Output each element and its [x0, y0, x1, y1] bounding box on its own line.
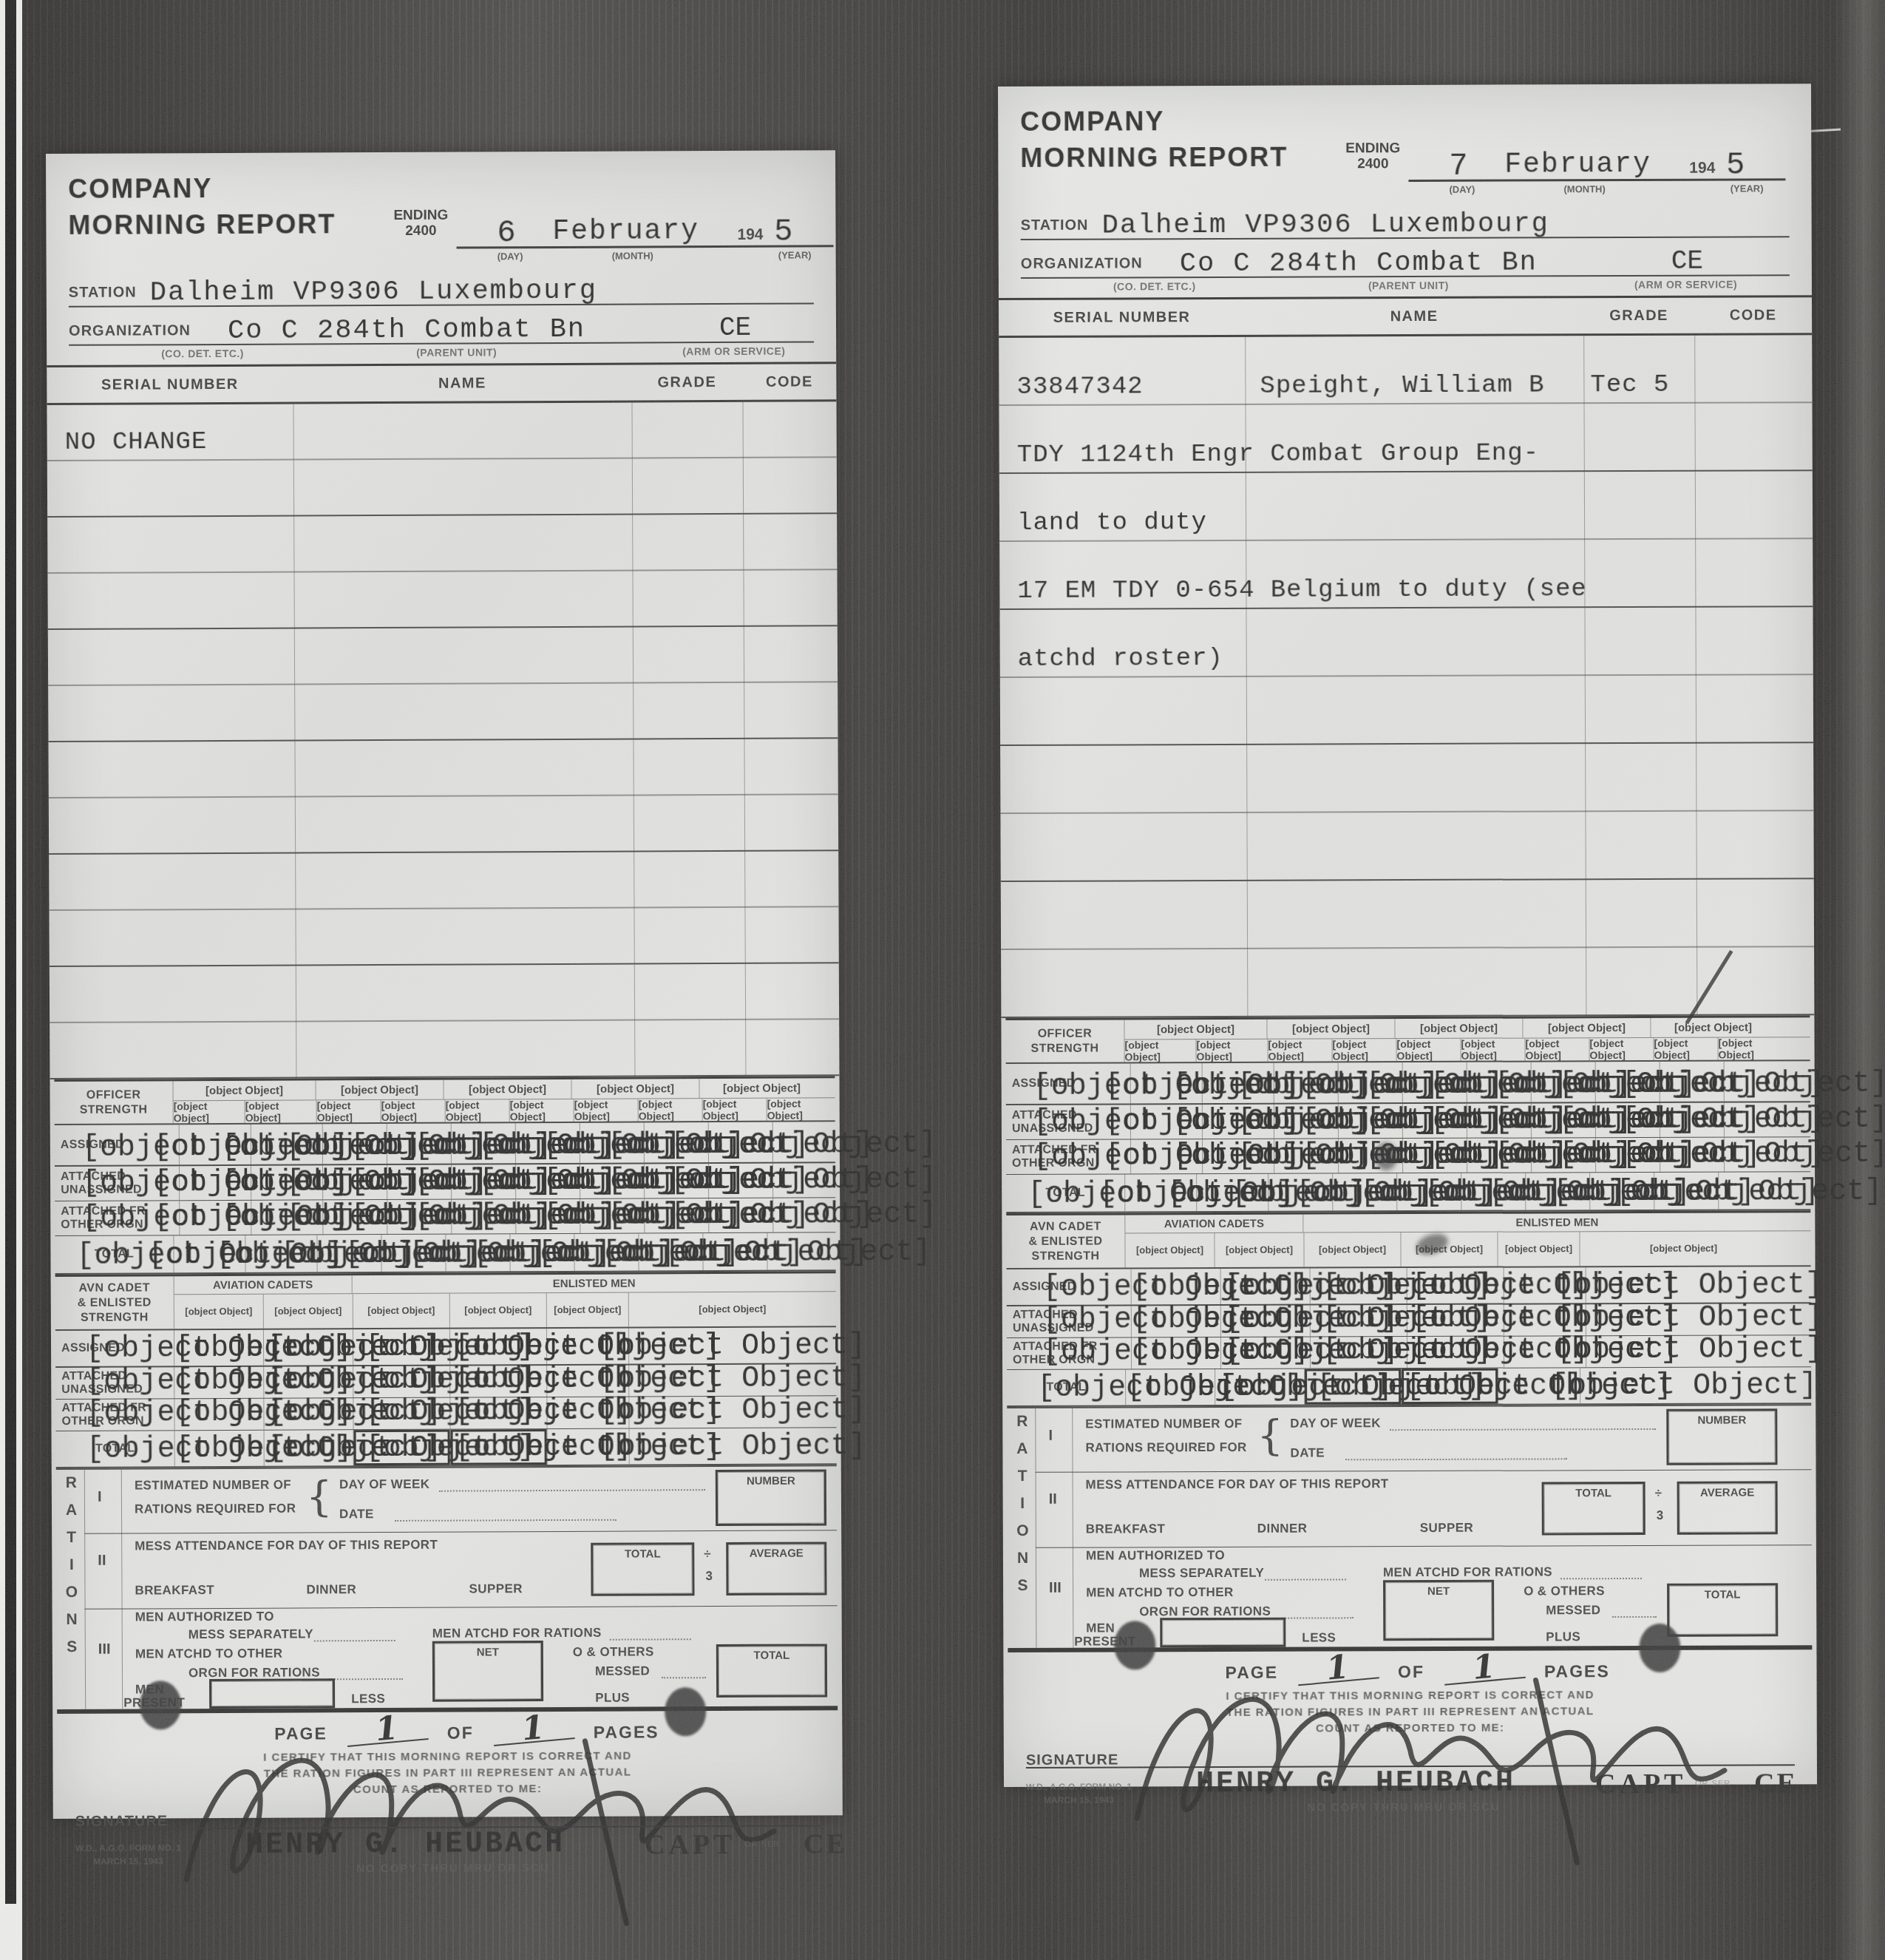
rations-row-2: II MESS ATTENDANCE FOR DAY OF THIS REPOR… [84, 1530, 837, 1609]
officer-table-rows: ASSIGNED [object Object][object Object][… [1006, 1061, 1811, 1213]
pres-abst-header: [object Object] [767, 1098, 828, 1120]
roster-grade-cell: Tec 5 [1590, 371, 1669, 399]
month-sublabel: (MONTH) [612, 250, 653, 261]
organization-sublabels: (CO. DET. ETC.) (PARENT UNIT) (ARM OR SE… [1021, 276, 1790, 296]
punch-hole-right [665, 1687, 706, 1736]
rank-group-header: [object Object] [443, 1079, 571, 1099]
officer-table-row: TOTAL [object Object][object Object][obj… [1006, 1172, 1810, 1213]
enlisted-table-row: ATTACHED FR OTHER ORGN [object Object][o… [1007, 1335, 1811, 1370]
roster-row [47, 570, 837, 630]
certification-statement: I CERTIFY THAT THIS MORNING REPORT IS CO… [1004, 1686, 1817, 1737]
rank-group-header: [object Object] [315, 1080, 443, 1100]
year-sublabel: (YEAR) [1731, 183, 1764, 194]
signer-arm-stamp: CE [804, 1828, 847, 1861]
pres-abst-header: [object Object] [245, 1100, 316, 1122]
day-sublabel: (DAY) [497, 251, 523, 262]
aviation-cadets-header: AVIATION CADETS [174, 1275, 352, 1294]
enlisted-strength-table: AVN CADET & ENLISTED STRENGTH AVIATION C… [1006, 1210, 1811, 1407]
enlisted-count-cell: [object Object] [628, 1364, 836, 1396]
roster-row: NO CHANGE [47, 401, 836, 461]
roster-row [1001, 879, 1814, 950]
enlisted-count-cell: [object Object] [1586, 1335, 1793, 1367]
signer-grade-stamp: CAPT [1595, 1768, 1687, 1800]
officer-table-header: OFFICER STRENGTH [object Object][object … [54, 1078, 835, 1125]
enlisted-subheader: [object Object] [1497, 1232, 1579, 1266]
pres-abst-header: [object Object] [1717, 1037, 1779, 1059]
signature-block: SIGNATURE HENRY G. HEUBACH CAPT OR SER C… [75, 1796, 821, 1870]
men-present-box [209, 1678, 335, 1709]
enlisted-men-header: ENLISTED MEN [352, 1273, 836, 1293]
morning-report-feb-6: COMPANY MORNING REPORT ENDING 2400 6 Feb… [46, 150, 843, 1819]
divide-sign: ÷ [1655, 1486, 1662, 1501]
pres-abst-header: [object Object] [1653, 1038, 1717, 1060]
rations-row-3: III MEN AUTHORIZED TO MESS SEPARATELY ME… [85, 1605, 838, 1709]
officer-count-cell: [object Object] [772, 1163, 834, 1197]
enlisted-subheader: [object Object] [1579, 1231, 1787, 1266]
grade-sublabel: OR SER [1695, 1780, 1731, 1788]
roster-row [49, 851, 838, 911]
pres-abst-header: [object Object] [1332, 1039, 1396, 1061]
roster-row [1000, 675, 1813, 746]
grade-header: GRADE [1583, 307, 1694, 325]
roster-row [47, 458, 837, 518]
roster-row [47, 514, 837, 574]
brace-glyph: { [306, 1473, 333, 1521]
scan-edge-black-bar [5, 0, 16, 1904]
pres-abst-header: [object Object] [1396, 1039, 1460, 1061]
enlisted-subheaders: [object Object][object Object][object Ob… [174, 1292, 836, 1329]
rank-group-header: [object Object] [172, 1080, 315, 1100]
pres-abst-header: [object Object] [1524, 1038, 1589, 1060]
enlisted-subheaders: [object Object][object Object][object Ob… [1124, 1231, 1810, 1267]
officer-pres-abst-headers: [object Object][object Object][object Ob… [1124, 1037, 1810, 1062]
enlisted-table-row: ATTACHED FR OTHER ORGN [object Object][o… [55, 1396, 836, 1431]
stray-blot-mark [1375, 1142, 1397, 1170]
arm-or-service-sublabel: (ARM OR SERVICE) [1634, 279, 1737, 291]
roster-row: 17 EM TDY 0-654 Belgium to duty (see [999, 539, 1813, 610]
rank-group-header: [object Object] [1394, 1019, 1522, 1039]
report-year: 5 [774, 214, 792, 250]
enlisted-table-rows: ASSIGNED [object Object][object Object][… [1007, 1266, 1812, 1407]
report-date-line: 6 February 194 5 (DAY) (MONTH) (YEAR) [456, 190, 833, 248]
signature-label: SIGNATURE [1026, 1752, 1118, 1769]
number-box: NUMBER [1666, 1408, 1777, 1465]
enlisted-table-header: AVN CADET & ENLISTED STRENGTH AVIATION C… [1006, 1213, 1810, 1269]
officer-table-rows: ASSIGNED [object Object][object Object][… [55, 1122, 836, 1275]
enlisted-subheader: [object Object] [628, 1292, 836, 1326]
name-header: NAME [1245, 308, 1583, 326]
mess-total-box: TOTAL [591, 1542, 694, 1596]
roster-row: TDY 1124th Engr Combat Group Eng- [999, 403, 1813, 474]
rank-group-header: [object Object] [1522, 1018, 1650, 1038]
ending-2400-label: ENDING 2400 [1345, 141, 1400, 172]
roster-row [50, 963, 839, 1023]
serial-number-header: SERIAL NUMBER [999, 308, 1245, 326]
enlisted-count-cell: [object Object] [1586, 1303, 1793, 1335]
roster-name-cell: Speight, William B [1260, 371, 1544, 400]
enlisted-subheader: [object Object] [1400, 1232, 1497, 1266]
roman-numeral-1: I [1048, 1428, 1053, 1445]
arm-or-service-value: CE [1671, 246, 1703, 277]
station-label: STATION [69, 284, 137, 301]
enlisted-subheader: [object Object] [353, 1294, 449, 1329]
rank-group-header: [object Object] [1266, 1019, 1394, 1039]
organization-value: Co C 284th Combat Bn [228, 314, 585, 347]
officer-table-row: ASSIGNED [object Object][object Object][… [55, 1122, 835, 1167]
code-header: CODE [742, 373, 836, 391]
net-box: NET [1383, 1580, 1494, 1641]
code-header: CODE [1694, 307, 1812, 325]
month-sublabel: (MONTH) [1563, 183, 1605, 194]
officer-count-cell: [object Object] [772, 1122, 834, 1162]
rations-row-2: II MESS ATTENDANCE FOR DAY OF THIS REPOR… [1036, 1469, 1812, 1548]
rank-group-header: [object Object] [571, 1079, 699, 1099]
enlisted-count-cell: [object Object] [628, 1327, 836, 1363]
organization-label: ORGANIZATION [1021, 255, 1143, 273]
pres-abst-header: [object Object] [381, 1100, 445, 1122]
form-header: COMPANY MORNING REPORT ENDING 2400 7 Feb… [1020, 101, 1789, 200]
report-month: February [1504, 149, 1651, 181]
serial-number-header: SERIAL NUMBER [47, 376, 293, 393]
officer-table-row: ATTACHED FR OTHER ORGN [object Object][o… [1006, 1137, 1810, 1175]
page-number-handwritten: 1 [345, 1712, 429, 1747]
roster-row [48, 739, 838, 798]
enlisted-count-cell: [object Object] [1586, 1266, 1793, 1303]
scanned-morning-reports-page: COMPANY MORNING REPORT ENDING 2400 6 Feb… [0, 0, 1885, 1960]
officer-table-row: ATTACHED FR OTHER ORGN [object Object][o… [55, 1198, 835, 1236]
officer-pres-abst-headers: [object Object][object Object][object Ob… [173, 1098, 835, 1123]
enlisted-subheader: [object Object] [174, 1295, 263, 1329]
officer-count-cell: [object Object] [1724, 1137, 1785, 1171]
mess-total-box: TOTAL [1542, 1482, 1645, 1535]
roster-row: land to duty [999, 471, 1813, 542]
roster-row [49, 907, 838, 967]
morning-report-form: COMPANY MORNING REPORT ENDING 2400 7 Feb… [998, 84, 1817, 1787]
co-det-etc-sublabel: (CO. DET. ETC.) [161, 347, 244, 359]
parent-unit-sublabel: (PARENT UNIT) [1368, 279, 1449, 291]
certification-statement: I CERTIFY THAT THIS MORNING REPORT IS CO… [52, 1747, 842, 1799]
enlisted-men-header: ENLISTED MEN [1302, 1213, 1810, 1232]
roman-numeral-3: III [1049, 1580, 1062, 1597]
enlisted-subheader: [object Object] [546, 1293, 628, 1327]
punch-hole-left [1114, 1621, 1155, 1669]
roster-serial-cell: 17 EM TDY 0-654 Belgium to duty (see [1017, 575, 1587, 606]
roster-row [49, 795, 838, 855]
enlisted-subheader: [object Object] [1303, 1232, 1400, 1266]
rank-group-header: [object Object] [699, 1078, 823, 1098]
roster-rows: 33847342 Speight, William B Tec 5 TDY 11… [999, 335, 1814, 1018]
average-box: AVERAGE [726, 1542, 826, 1596]
name-header: NAME [293, 374, 631, 393]
aviation-cadets-header: AVIATION CADETS [1124, 1215, 1302, 1233]
roster-row: atchd roster) [999, 607, 1813, 678]
avn-cadet-corner-label: AVN CADET & ENLISTED STRENGTH [55, 1276, 174, 1329]
rations-section: RATIONS I ESTIMATED NUMBER OF RATIONS RE… [1007, 1404, 1812, 1652]
divide-sign: ÷ [704, 1547, 711, 1561]
organization-label: ORGANIZATION [69, 322, 191, 340]
report-day: 7 [1449, 149, 1467, 184]
officer-count-cell: [object Object] [772, 1198, 834, 1232]
rations-total-box: TOTAL [716, 1644, 827, 1698]
roman-numeral-2: II [98, 1553, 106, 1570]
net-box: NET [432, 1641, 543, 1702]
enlisted-table-row: ASSIGNED [object Object][object Object][… [55, 1327, 836, 1368]
enlisted-table-row: TOTAL [object Object][object Object][obj… [56, 1428, 837, 1468]
roman-numeral-2: II [1049, 1491, 1057, 1508]
pres-abst-header: [object Object] [1268, 1039, 1332, 1061]
officer-strength-table: OFFICER STRENGTH [object Object][object … [54, 1076, 835, 1275]
enlisted-subheader: [object Object] [1124, 1233, 1214, 1267]
enlisted-count-cell: [object Object] [1580, 1367, 1787, 1403]
organization-sublabels: (CO. DET. ETC.) (PARENT UNIT) (ARM OR SE… [69, 342, 814, 363]
pages-total-handwritten: 1 [492, 1712, 575, 1746]
average-box: AVERAGE [1677, 1481, 1778, 1534]
roster-serial-cell: land to duty [1017, 509, 1207, 538]
signer-name: HENRY G. HEUBACH [245, 1828, 565, 1862]
rations-vertical-label: RATIONS [1011, 1413, 1031, 1644]
officer-strength-corner-label: OFFICER STRENGTH [54, 1081, 172, 1124]
scan-right-band [1833, 0, 1885, 1960]
pres-abst-header: [object Object] [509, 1099, 574, 1122]
officer-table-row: ASSIGNED [object Object][object Object][… [1006, 1061, 1810, 1105]
arm-or-service-sublabel: (ARM OR SERVICE) [682, 345, 785, 358]
morning-report-form: COMPANY MORNING REPORT ENDING 2400 6 Feb… [46, 150, 843, 1819]
roster-header-row: SERIAL NUMBER NAME GRADE CODE [47, 364, 836, 405]
enlisted-subheader: [object Object] [449, 1293, 546, 1328]
brace-glyph: { [1257, 1412, 1283, 1460]
roster-row: 33847342 Speight, William B Tec 5 [999, 335, 1812, 406]
enlisted-count-cell: [object Object] [628, 1396, 836, 1428]
grade-header: GRADE [631, 373, 742, 391]
rations-row-1: I ESTIMATED NUMBER OF RATIONS REQUIRED F… [1035, 1405, 1811, 1473]
form-number-note: W.D., A.G.O. FORM NO. 1 MARCH 15, 1943 [1026, 1780, 1132, 1807]
pres-abst-header: [object Object] [1196, 1040, 1268, 1062]
enlisted-table-row: TOTAL [object Object][object Object][obj… [1007, 1367, 1811, 1407]
officer-count-cell: [object Object] [1718, 1172, 1779, 1209]
enlisted-table-rows: ASSIGNED [object Object][object Object][… [55, 1327, 837, 1468]
station-value: Dalheim VP9306 Luxembourg [150, 276, 597, 309]
station-row: STATION Dalheim VP9306 Luxembourg [1021, 197, 1790, 240]
roster-row [48, 682, 838, 742]
roster-serial-cell: NO CHANGE [65, 428, 208, 457]
officer-table-row: ATTACHED UNASSIGNED [object Object][obje… [55, 1163, 835, 1201]
station-value: Dalheim VP9306 Luxembourg [1102, 208, 1549, 241]
signer-grade-stamp: CAPT [645, 1828, 736, 1862]
station-label: STATION [1021, 217, 1089, 234]
roster-row [1000, 743, 1813, 814]
organization-row: ORGANIZATION Co C 284th Combat Bn CE [1021, 237, 1790, 279]
form-number-note: W.D., A.G.O. FORM NO. 1 MARCH 15, 1943 [75, 1841, 181, 1868]
pres-abst-header: [object Object] [173, 1101, 245, 1123]
officer-strength-table: OFFICER STRENGTH [object Object][object … [1005, 1015, 1810, 1213]
personnel-roster-table: SERIAL NUMBER NAME GRADE CODE NO CHANGE [47, 362, 839, 1079]
number-box: NUMBER [716, 1469, 826, 1526]
report-day: 6 [497, 215, 515, 251]
roster-rows: NO CHANGE [47, 401, 839, 1079]
officer-count-cell: [object Object] [1724, 1102, 1785, 1136]
enlisted-count-cell: [object Object] [629, 1428, 837, 1464]
officer-count-cell: [object Object] [1724, 1061, 1785, 1101]
no-copy-note: NO COPY THRU MRU OR SCU [356, 1862, 550, 1875]
station-row: STATION Dalheim VP9306 Luxembourg [69, 264, 814, 307]
enlisted-table-row: ASSIGNED [object Object][object Object][… [1007, 1266, 1811, 1306]
rations-section: RATIONS I ESTIMATED NUMBER OF RATIONS RE… [56, 1465, 838, 1714]
signer-name: HENRY G. HEUBACH [1196, 1767, 1515, 1802]
rank-group-header: [object Object] [1124, 1020, 1266, 1040]
officer-strength-corner-label: OFFICER STRENGTH [1005, 1020, 1124, 1062]
officer-count-cell: [object Object] [767, 1232, 828, 1269]
pres-abst-header: [object Object] [1124, 1040, 1196, 1062]
signature-label: SIGNATURE [75, 1814, 168, 1831]
pres-abst-header: [object Object] [445, 1099, 509, 1122]
grade-sublabel: OR SER [744, 1840, 780, 1849]
pres-abst-header: [object Object] [1589, 1038, 1653, 1060]
men-present-box [1160, 1618, 1285, 1648]
day-sublabel: (DAY) [1449, 184, 1475, 195]
pres-abst-header: [object Object] [316, 1100, 381, 1122]
roster-row [1001, 947, 1814, 1018]
year-prefix: 194 [737, 226, 763, 244]
report-month: February [552, 215, 699, 248]
enlisted-table-header: AVN CADET & ENLISTED STRENGTH AVIATION C… [55, 1273, 836, 1331]
roster-row [50, 1020, 839, 1079]
pres-abst-header: [object Object] [702, 1099, 767, 1121]
avn-cadet-corner-label: AVN CADET & ENLISTED STRENGTH [1006, 1215, 1124, 1268]
morning-report-feb-7: COMPANY MORNING REPORT ENDING 2400 7 Feb… [998, 84, 1817, 1787]
officer-table-row: ATTACHED UNASSIGNED [object Object][obje… [1006, 1102, 1810, 1140]
co-det-etc-sublabel: (CO. DET. ETC.) [1113, 280, 1196, 292]
enlisted-subheader: [object Object] [1214, 1233, 1303, 1267]
year-prefix: 194 [1689, 160, 1715, 177]
page-number-handwritten: 1 [1296, 1651, 1379, 1686]
report-date-line: 7 February 194 5 (DAY) (MONTH) (YEAR) [1408, 123, 1785, 182]
personnel-roster-table: SERIAL NUMBER NAME GRADE CODE 33847342 S… [999, 295, 1814, 1018]
roster-serial-cell: 33847342 [1016, 373, 1143, 401]
form-header: COMPANY MORNING REPORT ENDING 2400 6 Feb… [68, 168, 814, 267]
signature-block: SIGNATURE HENRY G. HEUBACH CAPT OR SER C… [1026, 1735, 1795, 1809]
pres-abst-header: [object Object] [638, 1099, 702, 1121]
roman-numeral-3: III [98, 1641, 111, 1658]
year-sublabel: (YEAR) [778, 249, 812, 260]
report-year: 5 [1726, 147, 1745, 183]
pres-abst-header: [object Object] [574, 1099, 638, 1122]
rank-group-header: [object Object] [1650, 1017, 1775, 1037]
punch-hole-left [140, 1681, 181, 1729]
rations-total-box: TOTAL [1667, 1583, 1778, 1637]
arm-or-service-value: CE [719, 313, 751, 343]
organization-value: Co C 284th Combat Bn [1180, 247, 1538, 279]
roster-serial-cell: TDY 1124th Engr Combat Group Eng- [1017, 439, 1539, 469]
rations-row-1: I ESTIMATED NUMBER OF RATIONS REQUIRED F… [84, 1466, 837, 1533]
officer-table-row: TOTAL [object Object][object Object][obj… [55, 1232, 835, 1275]
rations-vertical-label: RATIONS [61, 1474, 81, 1705]
parent-unit-sublabel: (PARENT UNIT) [416, 346, 497, 358]
roster-serial-cell: atchd roster) [1018, 645, 1223, 674]
signer-arm-stamp: CE [1754, 1767, 1798, 1800]
punch-hole-right [1639, 1624, 1680, 1672]
no-copy-note: NO COPY THRU MRU OR SCU [1307, 1801, 1501, 1814]
roster-row [1000, 811, 1813, 882]
roman-numeral-1: I [98, 1489, 102, 1506]
organization-row: ORGANIZATION Co C 284th Combat Bn CE [69, 304, 814, 345]
ending-2400-label: ENDING 2400 [393, 208, 448, 240]
roster-header-row: SERIAL NUMBER NAME GRADE CODE [999, 297, 1812, 338]
enlisted-subheader: [object Object] [263, 1294, 353, 1329]
pres-abst-header: [object Object] [1460, 1039, 1524, 1061]
pages-total-handwritten: 1 [1442, 1651, 1526, 1686]
enlisted-strength-table: AVN CADET & ENLISTED STRENGTH AVIATION C… [55, 1271, 837, 1468]
roster-row [48, 626, 838, 686]
